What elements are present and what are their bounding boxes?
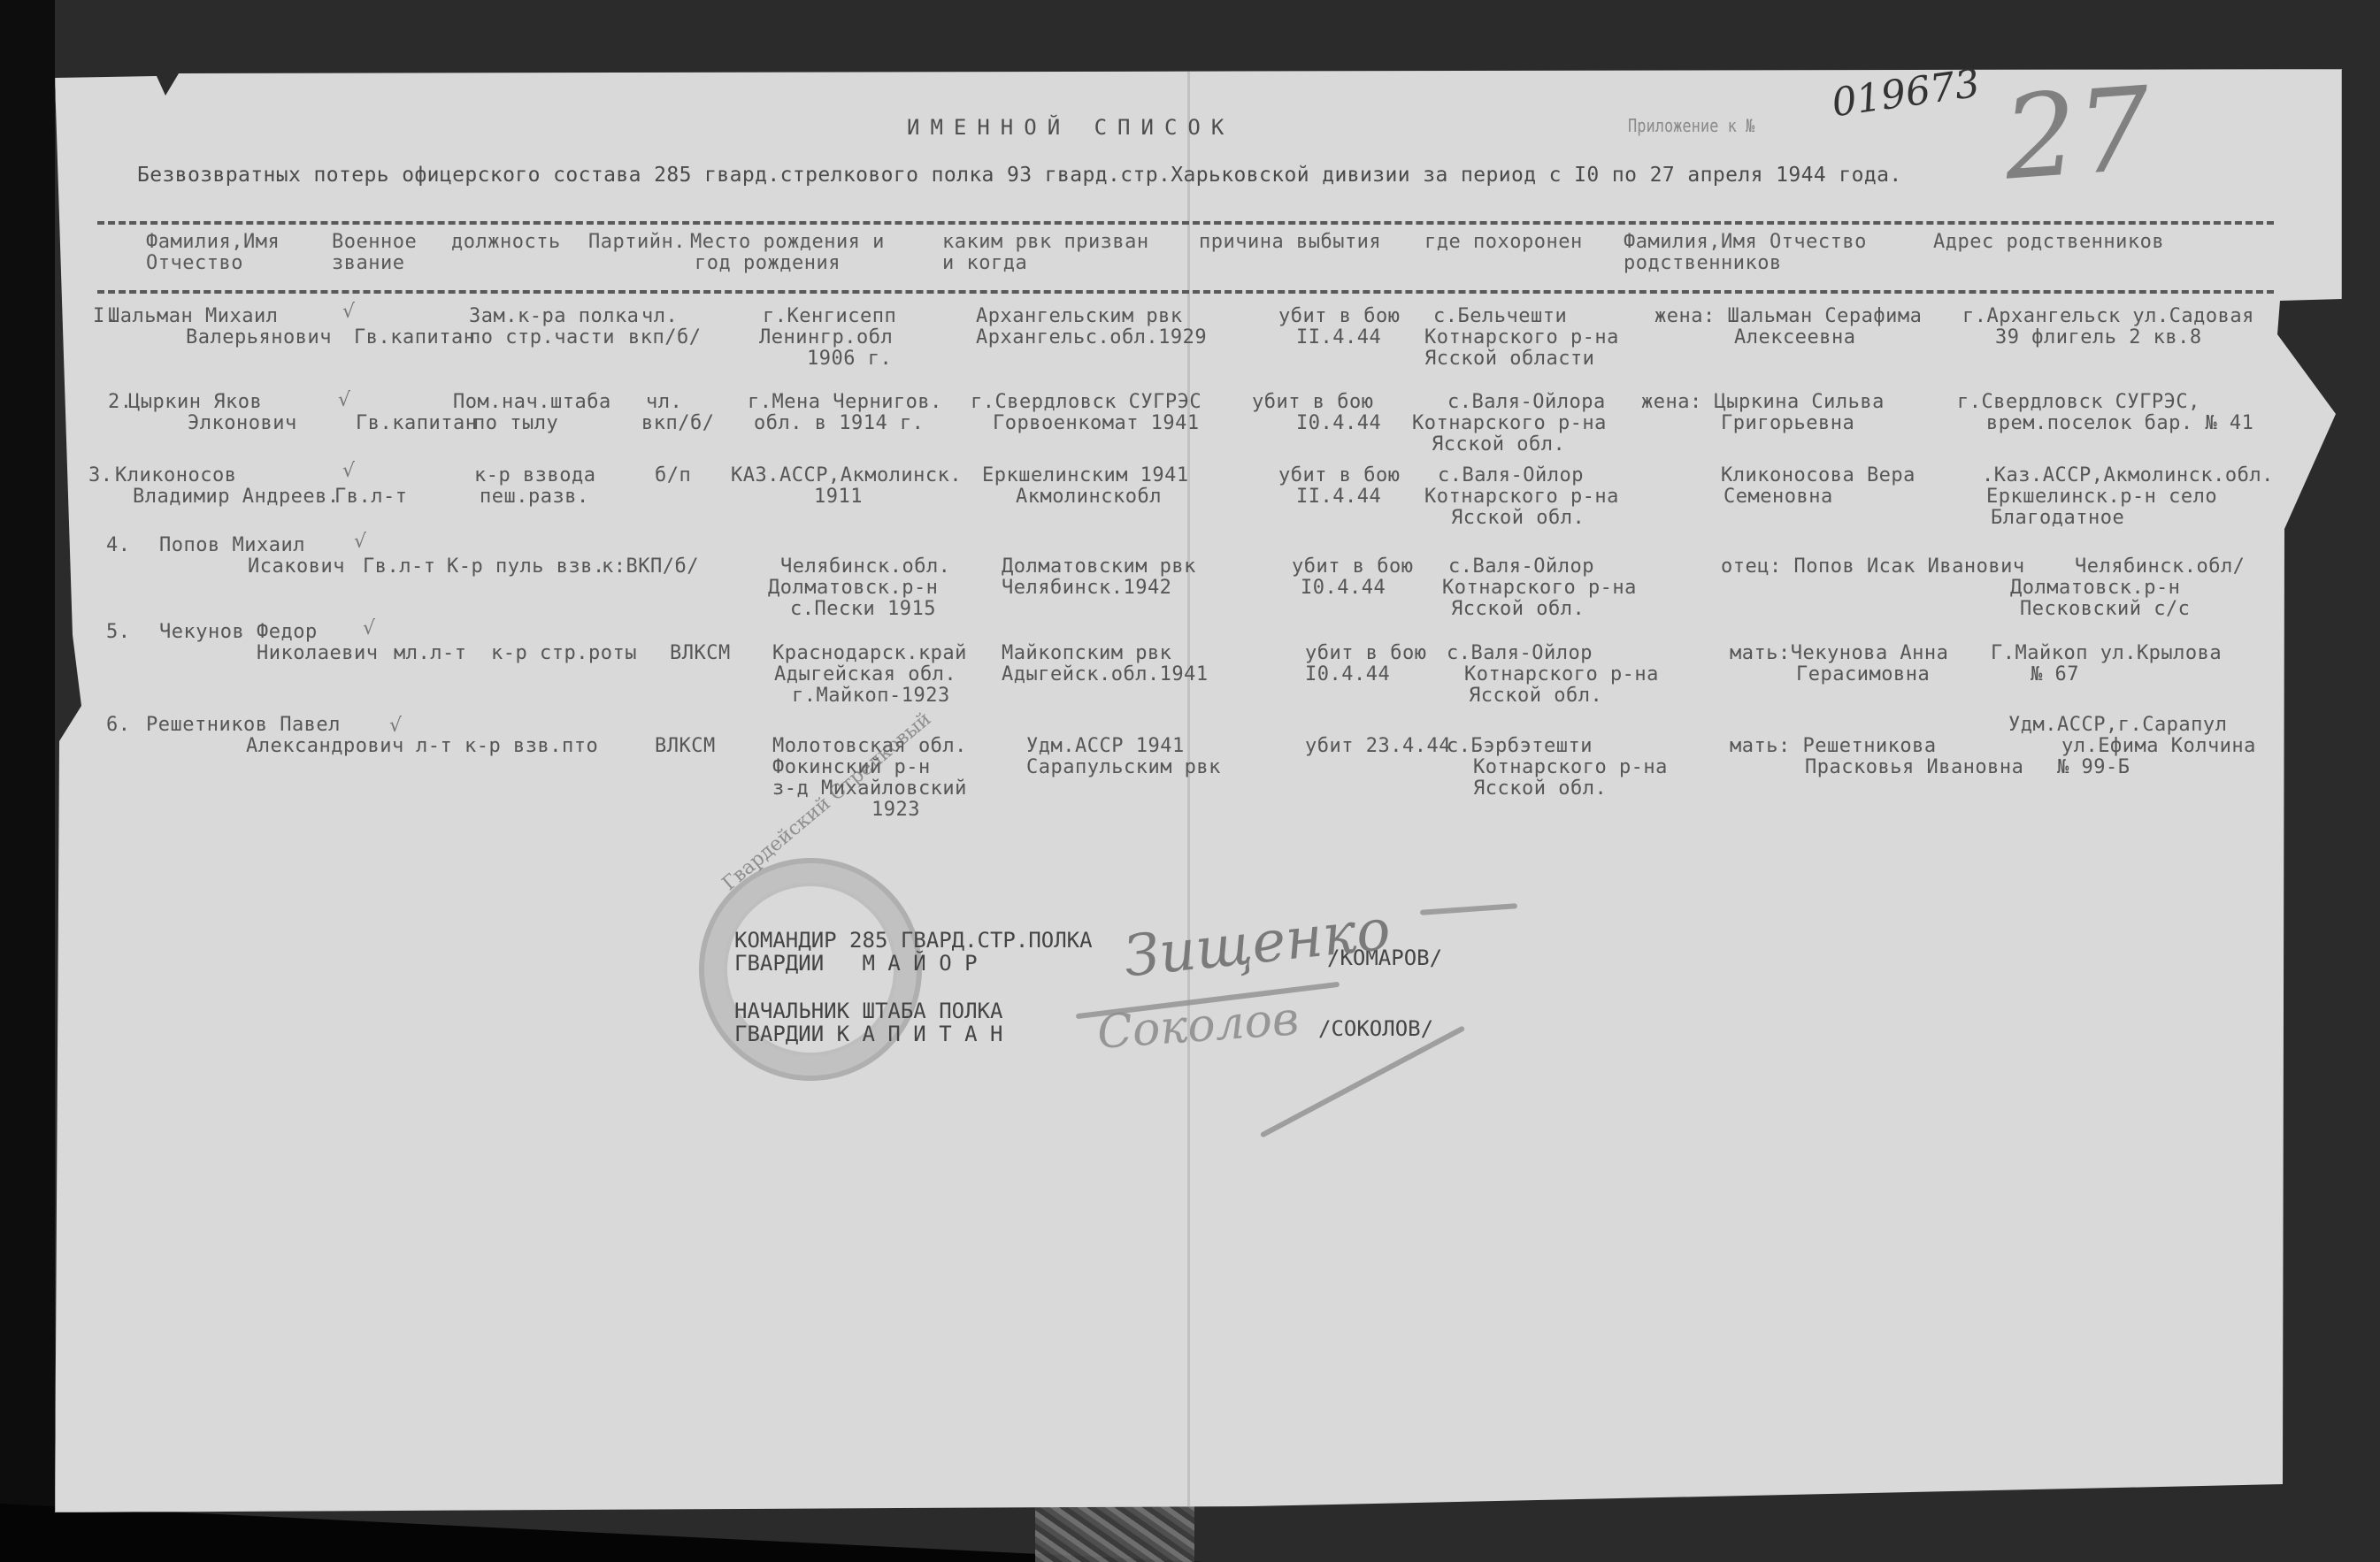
scan-bottom-shadow	[0, 1504, 1203, 1562]
row-buried: с.Бэрбэтешти	[1447, 736, 1593, 757]
row-relative: жена: Шальман Серафима	[1654, 306, 1922, 327]
row-buried-3: Ясской обл.	[1451, 508, 1585, 529]
header-top-rule	[97, 221, 2274, 225]
row-party: б/п	[655, 465, 691, 486]
row-rank: л-т	[416, 736, 452, 757]
row-rvk-2: Акмолинскобл	[1016, 486, 1162, 508]
col-header-name: Фамилия,Имя	[146, 232, 280, 253]
row-position: к-р стр.роты	[491, 643, 637, 664]
row-address: Удм.АССР,г.Сарапул	[2008, 715, 2227, 736]
row-patronymic: Николаевич	[257, 643, 378, 664]
row-rank: Гв.л-т	[363, 556, 435, 578]
row-reason-2: I0.4.44	[1296, 413, 1381, 434]
row-birthplace-3: г.Майкоп-1923	[792, 685, 950, 707]
col-header-address: Адрес родственников	[1933, 232, 2164, 253]
row-rvk: Архангельским рвк	[976, 306, 1183, 327]
row-buried: с.Валя-Ойлор	[1447, 643, 1593, 664]
row-buried-2: Котнарского р-на	[1412, 413, 1607, 434]
row-position-2: пеш.разв.	[480, 486, 589, 508]
row-reason: убит в бою	[1305, 643, 1426, 664]
row-reason: убит 23.4.44	[1305, 736, 1451, 757]
row-rvk-2: Челябинск.1942	[1002, 578, 1171, 599]
row-rank: мл.л-т	[394, 643, 466, 664]
row-rank: Гв.капитан	[354, 327, 475, 348]
row-birthplace: Краснодарск.край	[772, 643, 967, 664]
row-rvk: Удм.АССР 1941	[1026, 736, 1185, 757]
row-party: ВЛКСМ	[670, 643, 731, 664]
row-party: ВЛКСМ	[655, 736, 716, 757]
row-reason: убит в бою	[1292, 556, 1413, 578]
chief-of-staff-name: /СОКОЛОВ/	[1318, 1017, 1433, 1040]
checkmark-icon: √	[389, 715, 402, 737]
row-surname-name: Шальман Михаил	[108, 306, 278, 327]
row-address: г.Архангельск ул.Садовая	[1962, 306, 2254, 327]
row-surname-name: Чекунов Федор	[159, 622, 318, 643]
row-buried-2: Котнарского р-на	[1424, 486, 1619, 508]
chief-of-staff-rank: ГВАРДИИ К А П И Т А Н	[734, 1022, 1002, 1045]
row-relative-2: Григорьевна	[1721, 413, 1854, 434]
row-position: К-р пуль взв.	[447, 556, 605, 578]
row-patronymic: Исакович	[248, 556, 345, 578]
row-birthplace-3: з-д Михайловский	[772, 778, 967, 800]
row-buried-2: Котнарского р-на	[1464, 664, 1659, 685]
row-surname-name: Попов Михаил	[159, 535, 305, 556]
row-rvk: Еркшелинским 1941	[982, 465, 1189, 486]
row-address-2: ул.Ефима Колчина	[2061, 736, 2256, 757]
row-buried-2: Котнарского р-на	[1473, 757, 1668, 778]
col-header-relative-2: родственников	[1624, 253, 1782, 274]
row-number: 4.	[106, 535, 131, 556]
row-birthplace: г.Кенгисепп	[763, 306, 896, 327]
row-position-2: по стр.части	[469, 327, 615, 348]
row-buried-3: Ясской обл.	[1451, 599, 1585, 620]
row-rvk: Майкопским рвк	[1002, 643, 1171, 664]
row-relative-2: Семеновна	[1724, 486, 1833, 508]
row-buried-3: Ясской обл.	[1469, 685, 1602, 707]
row-buried: с.Бельчешти	[1433, 306, 1567, 327]
commander-title: КОМАНДИР 285 ГВАРД.СТР.ПОЛКА	[734, 929, 1093, 952]
row-patronymic: Владимир Андреев.	[133, 486, 340, 508]
col-header-rank-2: звание	[332, 253, 404, 274]
row-buried-3: Ясской обл.	[1473, 778, 1607, 800]
row-surname-name: Решетников Павел	[146, 715, 341, 736]
row-rank: Гв.капитан	[356, 413, 477, 434]
row-address: .Каз.АССР,Акмолинск.обл.	[1982, 465, 2274, 486]
row-address-3: Песковский с/с	[2020, 599, 2190, 620]
col-header-relative: Фамилия,Имя Отчество	[1624, 232, 1867, 253]
row-address-2: № 67	[2031, 664, 2079, 685]
row-rvk-2: Архангельс.обл.1929	[976, 327, 1207, 348]
scan-left-margin	[0, 0, 55, 1562]
checkmark-icon: √	[354, 531, 366, 553]
col-header-party: Партийн.	[588, 232, 686, 253]
row-reason-2: I0.4.44	[1301, 578, 1386, 599]
checkmark-icon: √	[342, 301, 355, 323]
row-party-2: вкп/б/	[628, 327, 701, 348]
row-address: Челябинск.обл/	[2075, 556, 2245, 578]
row-rank: Гв.л-т	[334, 486, 407, 508]
row-address-3: Благодатное	[1991, 508, 2124, 529]
header-bottom-rule	[97, 290, 2274, 294]
col-header-birthplace-2: год рождения	[695, 253, 841, 274]
row-surname-name: Цыркин Яков	[128, 392, 262, 413]
row-party: чл.	[646, 392, 682, 413]
row-buried-2: Котнарского р-на	[1424, 327, 1619, 348]
col-header-buried: где похоронен	[1424, 232, 1583, 253]
row-rvk-2: Сарапульским рвк	[1026, 757, 1221, 778]
row-position: к-р взвода	[474, 465, 595, 486]
row-address-2: врем.поселок бар. № 41	[1986, 413, 2253, 434]
row-patronymic: Валерьянович	[186, 327, 332, 348]
row-birthplace-3: 1906 г.	[807, 348, 892, 370]
row-patronymic: Александрович	[246, 736, 404, 757]
row-party-2: вкп/б/	[641, 413, 714, 434]
row-relative-2: Герасимовна	[1796, 664, 1930, 685]
row-buried-2: Котнарского р-на	[1442, 578, 1637, 599]
row-birthplace: г.Мена Чернигов.	[748, 392, 942, 413]
handwritten-page-number: 27	[2000, 61, 2155, 205]
row-patronymic: Элконович	[188, 413, 297, 434]
row-reason: убит в бою	[1252, 392, 1373, 413]
row-position-2: по тылу	[473, 413, 558, 434]
row-birthplace-2: Адыгейская обл.	[774, 664, 956, 685]
row-rvk: Долматовским рвк	[1002, 556, 1196, 578]
commander-rank: ГВАРДИИ М А Й О Р	[734, 952, 978, 975]
row-party: к:ВКП/б/	[602, 556, 699, 578]
row-relative-2: Алексеевна	[1734, 327, 1855, 348]
row-relative: мать:Чекунова Анна	[1730, 643, 1948, 664]
row-rvk-2: Горвоенкомат 1941	[993, 413, 1200, 434]
col-header-rvk: каким рвк призван	[942, 232, 1149, 253]
row-birthplace-2: 1911	[814, 486, 863, 508]
row-address: Г.Майкоп ул.Крылова	[1991, 643, 2222, 664]
row-birthplace: Челябинск.обл.	[780, 556, 950, 578]
col-header-reason: причина выбытия	[1199, 232, 1381, 253]
row-buried-3: Ясской обл.	[1432, 434, 1565, 456]
row-birthplace-2: Долматовск.р-н	[768, 578, 938, 599]
row-address-2: Долматовск.р-н	[2010, 578, 2180, 599]
col-header-name-2: Отчество	[146, 253, 243, 274]
row-birthplace-4: 1923	[871, 800, 920, 821]
row-reason: убит в бою	[1278, 306, 1400, 327]
row-birthplace-3: с.Пески 1915	[790, 599, 936, 620]
row-relative: мать: Решетникова	[1730, 736, 1937, 757]
col-header-rvk-2: и когда	[942, 253, 1027, 274]
row-party: чл.	[641, 306, 678, 327]
chief-of-staff-title: НАЧАЛЬНИК ШТАБА ПОЛКА	[734, 999, 1002, 1022]
row-buried: с.Валя-Ойлор	[1438, 465, 1584, 486]
row-rvk: г.Свердловск СУГРЭС	[971, 392, 1202, 413]
document-subtitle: Безвозвратных потерь офицерского состава…	[137, 164, 1902, 187]
row-address-3: № 99-Б	[2057, 757, 2130, 778]
row-rvk-2: Адыгейск.обл.1941	[1002, 664, 1209, 685]
row-relative: отец: Попов Исак Иванович	[1721, 556, 2025, 578]
row-number: 5.	[106, 622, 131, 643]
col-header-birthplace: Место рождения и	[690, 232, 885, 253]
row-relative-2: Прасковья Ивановна	[1805, 757, 2023, 778]
row-address: г.Свердловск СУГРЭС,	[1957, 392, 2200, 413]
row-position: Пом.нач.штаба	[453, 392, 611, 413]
document-sheet	[55, 69, 2342, 1512]
row-reason-2: II.4.44	[1296, 486, 1381, 508]
row-buried: с.Валя-Ойлор	[1448, 556, 1594, 578]
row-reason-2: I0.4.44	[1305, 664, 1390, 685]
row-position: Зам.к-ра полка	[469, 306, 639, 327]
checkmark-icon: √	[338, 389, 350, 411]
row-buried: с.Валя-Ойлора	[1447, 392, 1606, 413]
row-buried-3: Ясской области	[1424, 348, 1594, 370]
row-relative: жена: Цыркина Сильва	[1641, 392, 1885, 413]
row-birthplace-2: Ленингр.обл	[759, 327, 893, 348]
row-position: к-р взв.пто	[464, 736, 598, 757]
row-relative: Кликоносова Вера	[1721, 465, 1916, 486]
row-reason-2: II.4.44	[1296, 327, 1381, 348]
row-reason: убит в бою	[1278, 465, 1400, 486]
appendix-stamp: Приложение к №	[1628, 115, 1754, 136]
row-address-2: 39 флигель 2 кв.8	[1995, 327, 2202, 348]
row-birthplace-2: обл. в 1914 г.	[754, 413, 924, 434]
row-birthplace: КАЗ.АССР,Акмолинск.	[731, 465, 962, 486]
checkmark-icon: √	[363, 617, 375, 639]
col-header-position: должность	[451, 232, 561, 253]
page-title: ИМЕННОЙ СПИСОК	[907, 115, 1234, 140]
col-header-rank: Военное	[332, 232, 417, 253]
row-number: 6.	[106, 715, 131, 736]
row-surname-name: Кликоносов	[115, 465, 236, 486]
row-address-2: Еркшелинск.р-н село	[1986, 486, 2217, 508]
row-number: 3.	[88, 465, 113, 486]
checkmark-icon: √	[342, 460, 355, 482]
